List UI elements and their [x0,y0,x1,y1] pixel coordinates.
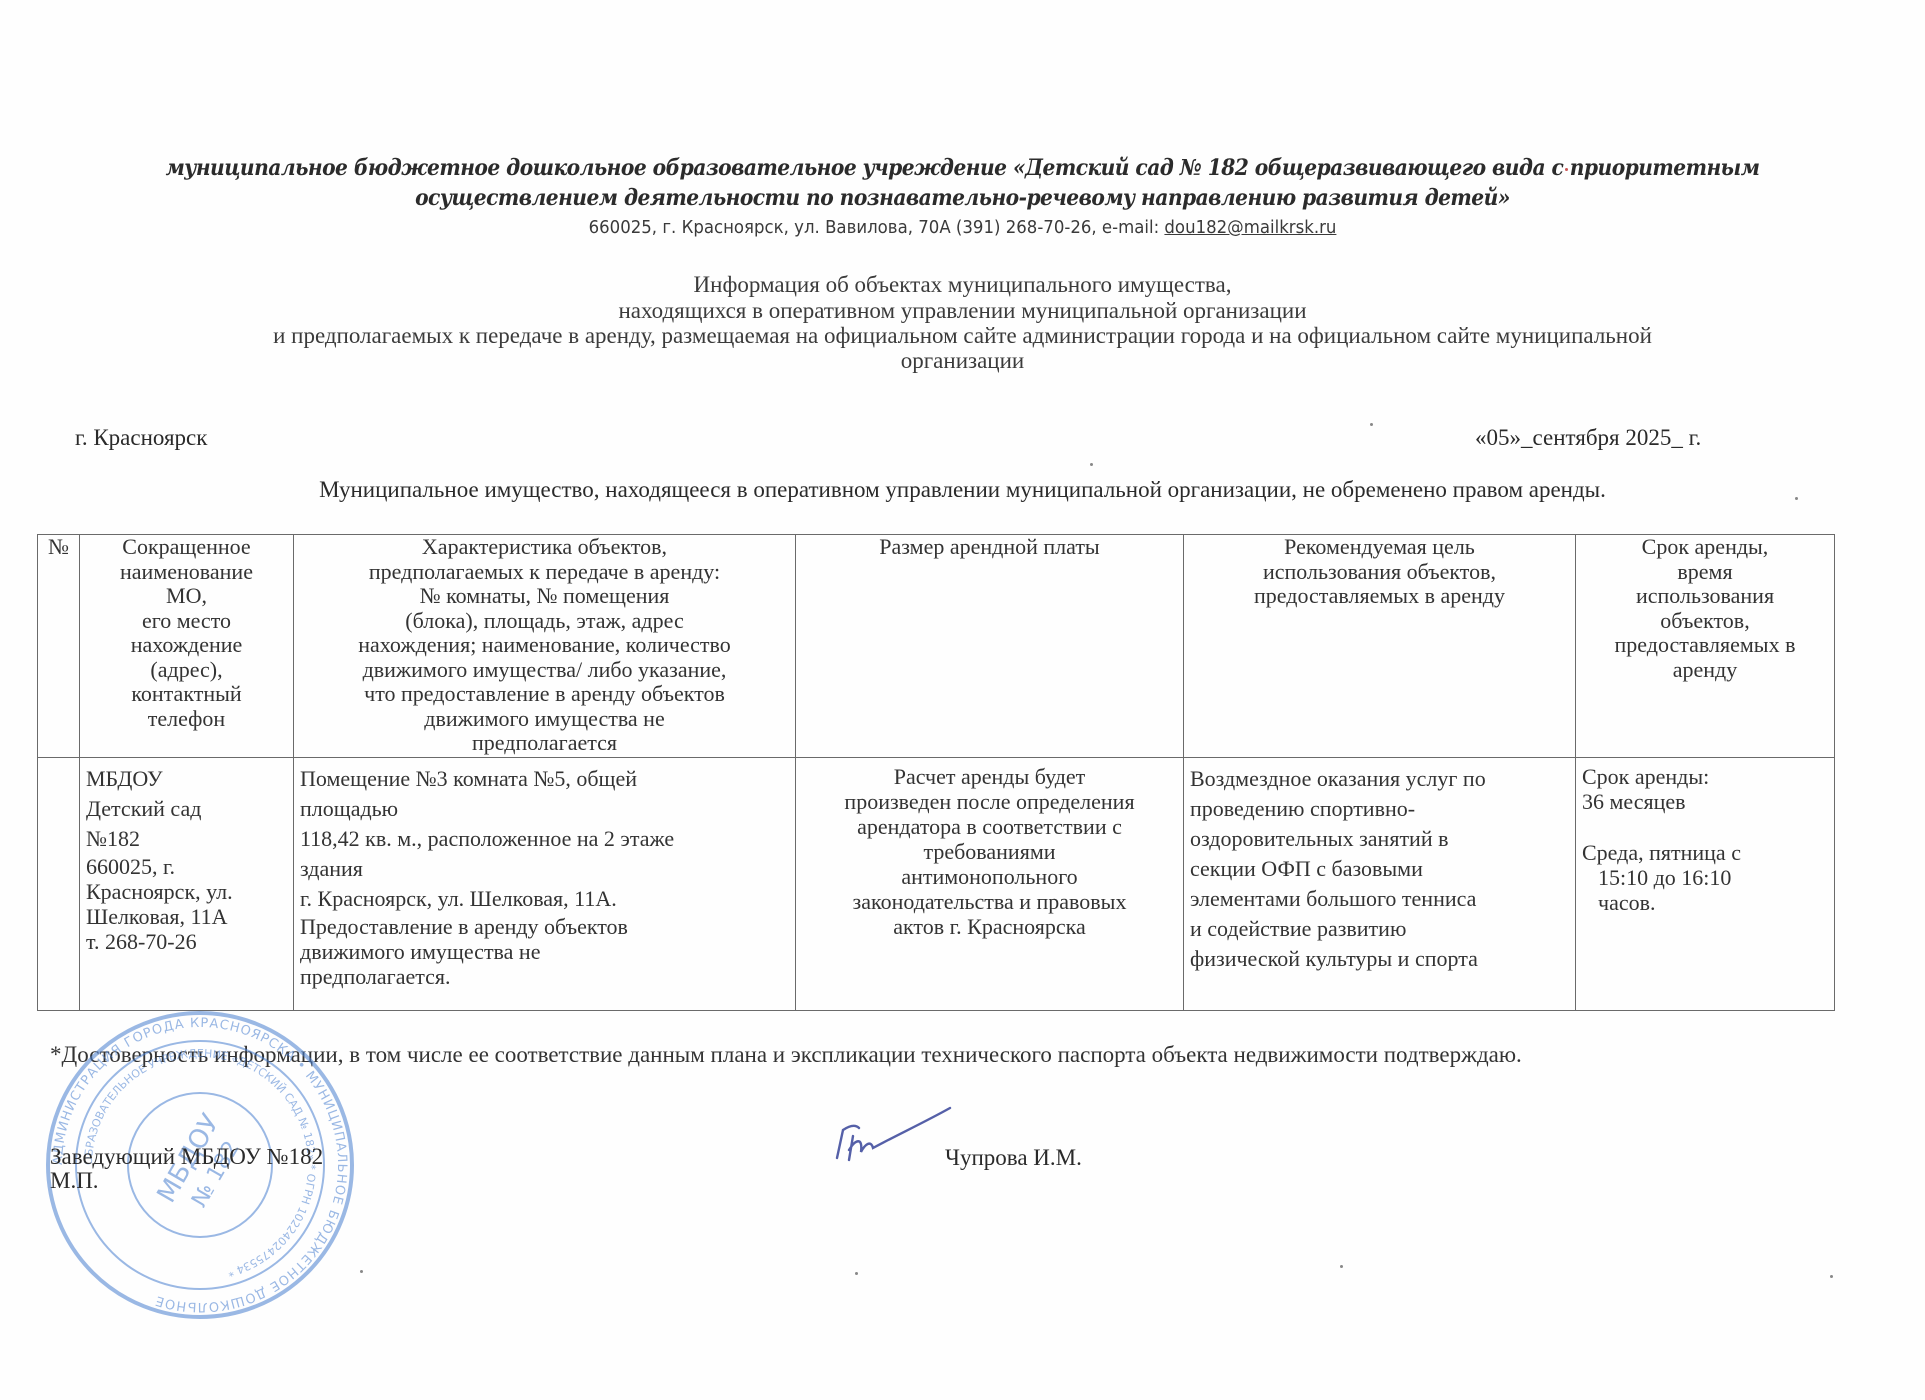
header-term: Срок аренды,времяиспользованияобъектов,п… [1576,535,1835,758]
cell-text-line: время [1582,560,1828,585]
cell-text-line: нахождение [86,633,287,658]
cell-text-line: (адрес), [86,658,287,683]
cell-text-line: движимого имущества не [300,939,789,964]
cell-text-line: №182 [86,824,287,854]
cell-text-line: предполагается. [300,964,789,989]
doc-title-line-3: и предполагаемых к передаче в аренду, ра… [0,323,1925,349]
cell-org-name: МБДОУДетский сад№182660025, г.Красноярск… [80,758,294,1011]
cell-text-line: МБДОУ [86,764,287,794]
scan-speck [1370,423,1373,426]
cell-text-line: произведен после определения [802,789,1177,814]
cell-text-line: объектов, [1582,609,1828,634]
header-rent: Размер арендной платы [796,535,1184,758]
cell-text-line: 36 месяцев [1582,789,1828,814]
cell-text-line: оздоровительных занятий в [1190,824,1569,854]
scan-speck [1795,497,1798,500]
cell-text-line: Сокращенное [86,535,287,560]
cell-text-line: Срок аренды, [1582,535,1828,560]
cell-text-line: Рекомендуемая цель [1190,535,1569,560]
org-address-text: 660025, г. Красноярск, ул. Вавилова, 70А… [589,217,1165,238]
place: г. Красноярск [75,425,207,451]
seal-mark: М.П. [50,1169,323,1193]
cell-text-line: № комнаты, № помещения [300,584,789,609]
cell-text-line: 15:10 до 16:10 [1582,865,1828,890]
cell-text-line: движимого имущества/ либо указание, [300,658,789,683]
cell-text-line: телефон [86,707,287,732]
scan-speck [360,1270,363,1273]
doc-title-line-4: организации [0,348,1925,374]
cell-text-line: его место [86,609,287,634]
scan-speck [1565,168,1568,171]
encumbrance-notice: Муниципальное имущество, находящееся в о… [0,477,1925,503]
cell-text-line: Воздмездное оказания услуг по [1190,764,1569,794]
cell-text-line: Срок аренды: [1582,764,1828,789]
signatory-name: Чупрова И.М. [945,1145,1082,1171]
cell-text-line: и содействие развитию [1190,914,1569,944]
cell-text-line: требованиями [802,839,1177,864]
org-email-link[interactable]: dou182@mailkrsk.ru [1164,217,1336,238]
cell-text-line: Помещение №3 комната №5, общей [300,764,789,794]
cell-text-line: предоставляемых в [1582,633,1828,658]
cell-text-line: площадью [300,794,789,824]
cell-text-line: Характеристика объектов, [300,535,789,560]
cell-text-line: арендатора в соответствии с [802,814,1177,839]
cell-text-line: наименование [86,560,287,585]
cell-text-line: 118,42 кв. м., расположенное на 2 этаже [300,824,789,854]
cell-text-line: антимонопольного [802,864,1177,889]
cell-text-line: 660025, г. [86,854,287,879]
table-header-row: № СокращенноенаименованиеМО,его местонах… [38,535,1835,758]
cell-text-line: проведению спортивно- [1190,794,1569,824]
property-table: № СокращенноенаименованиеМО,его местонах… [37,534,1835,1011]
cell-text-line: здания [300,854,789,884]
doc-title-line-2: находящихся в оперативном управлении мун… [0,298,1925,324]
cell-text-line: использования [1582,584,1828,609]
org-address: 660025, г. Красноярск, ул. Вавилова, 70А… [77,217,1848,238]
table-row: МБДОУДетский сад№182660025, г.Красноярск… [38,758,1835,1011]
cell-text-line: Красноярск, ул. [86,879,287,904]
org-name-line-1: муниципальное бюджетное дошкольное образ… [77,155,1848,181]
cell-text-line: Среда, пятница с [1582,840,1828,865]
cell-characteristics: Помещение №3 комната №5, общейплощадью11… [294,758,796,1011]
doc-title-line-1: Информация об объектах муниципального им… [0,272,1925,298]
cell-number [38,758,80,1011]
handwritten-signature-icon [825,1100,955,1170]
header-number: № [38,535,80,758]
cell-text-line: движимого имущества не [300,707,789,732]
cell-text-line: элементами большого тенниса [1190,884,1569,914]
cell-text-line: (блока), площадь, этаж, адрес [300,609,789,634]
scan-speck [1830,1275,1833,1278]
cell-text-line: использования объектов, [1190,560,1569,585]
cell-purpose: Воздмездное оказания услуг попроведению … [1184,758,1576,1011]
cell-text-line: секции ОФП с базовыми [1190,854,1569,884]
cell-text-line: актов г. Красноярска [802,914,1177,939]
scan-speck [855,1272,858,1275]
cell-text-line: предоставляемых в аренду [1190,584,1569,609]
cell-text-line: нахождения; наименование, количество [300,633,789,658]
cell-text-line: т. 268-70-26 [86,929,287,954]
cell-text-line: предполагаемых к передаче в аренду: [300,560,789,585]
cell-text-line: аренду [1582,658,1828,683]
signatory-title: Заведующий МБДОУ №182 [50,1145,323,1169]
cell-term: Срок аренды:36 месяцевСреда, пятница с15… [1576,758,1835,1011]
cell-text-line: предполагается [300,731,789,756]
cell-text-line: контактный [86,682,287,707]
header-name: СокращенноенаименованиеМО,его местонахож… [80,535,294,758]
cell-rent: Расчет аренды будетпроизведен после опре… [796,758,1184,1011]
cell-text-line: Детский сад [86,794,287,824]
cell-text-line: Предоставление в аренду объектов [300,914,789,939]
cell-text-line: Шелковая, 11А [86,904,287,929]
signatory-position: Заведующий МБДОУ №182 М.П. [50,1145,323,1193]
scan-speck [1090,463,1093,466]
cell-text-line: часов. [1582,890,1828,915]
cell-text-line: что предоставление в аренду объектов [300,682,789,707]
org-name-line-2: осуществлением деятельности по познавате… [77,185,1848,211]
document-date: «05»_сентября 2025_ г. [1475,425,1701,451]
cell-text-line: законодательства и правовых [802,889,1177,914]
header-purpose: Рекомендуемая цельиспользования объектов… [1184,535,1576,758]
cell-text-line: Расчет аренды будет [802,764,1177,789]
header-characteristics: Характеристика объектов,предполагаемых к… [294,535,796,758]
cell-text-line: г. Красноярск, ул. Шелковая, 11А. [300,884,789,914]
scan-speck [1340,1265,1343,1268]
cell-text-line: МО, [86,584,287,609]
cell-text-line: физической культуры и спорта [1190,944,1569,974]
